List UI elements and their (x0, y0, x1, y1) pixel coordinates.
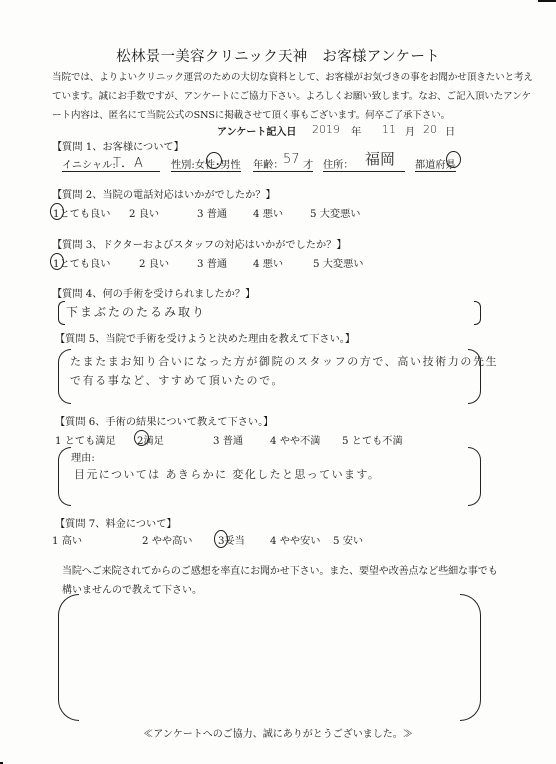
page-title: 松林景一美容クリニック天神 お客様アンケート (0, 45, 556, 66)
comments-answer-area[interactable] (80, 605, 460, 705)
q7-option-4[interactable]: 4 やや安い (270, 532, 320, 547)
q4-bracket-right (474, 301, 481, 325)
date-label: アンケート記入日 (217, 123, 296, 138)
q2-option-2[interactable]: 2 良い (129, 205, 159, 220)
q4-bracket-left (58, 301, 65, 325)
q7-selected-circle (214, 530, 228, 548)
date-day-unit: 日 (445, 123, 455, 138)
scan-mark-top-right (538, 0, 556, 2)
q6-option-4[interactable]: 4 やや不満 (270, 432, 320, 447)
age-unit: 才 (303, 156, 313, 171)
q6-bracket-right (468, 447, 481, 506)
q6-selected-circle (134, 430, 149, 446)
q5-answer-line-1[interactable]: たまたまお知り合いになった方が御院のスタッフの方で、高い技術力の先生 (70, 353, 498, 369)
q4-answer[interactable]: 下まぶたのたるみ取り (66, 303, 206, 320)
date-year-value[interactable]: 2019 (312, 123, 340, 136)
initials-label: イニシャル: (62, 156, 160, 172)
q2-option-4[interactable]: 4 悪い (253, 205, 283, 220)
q7-option-2[interactable]: 2 やや高い (142, 532, 192, 547)
question-3-heading: 【質問 3、ドクターおよびスタッフの対応はいかがでしたか？】 (52, 236, 347, 251)
question-7-heading: 【質問 7、料金について】 (55, 515, 177, 530)
date-day-value[interactable]: 20 (423, 123, 437, 136)
q6-option-5[interactable]: 5 とても不満 (342, 432, 403, 447)
q3-selected-circle (50, 253, 64, 270)
q5-answer-line-2[interactable]: で有る事など、すすめて頂いたので。 (70, 372, 284, 388)
comments-prompt-line-2: 構いませんので教えて下さい。 (62, 581, 202, 596)
q3-option-5[interactable]: 5 大変悪い (313, 255, 363, 270)
date-year-unit: 年 (351, 123, 361, 138)
q2-selected-circle (50, 203, 64, 220)
age-value[interactable]: 57 (283, 152, 300, 167)
comments-bracket-right (460, 594, 481, 721)
date-month-value[interactable]: 11 (382, 123, 396, 136)
intro-line-3: ート内容は、匿名にて当院公式のSNSに掲載させて頂く事もございます。何卒ご了承下… (52, 107, 450, 121)
date-month-unit: 月 (405, 123, 415, 138)
footer-thanks: ≪アンケートへのご協力、誠にありがとうございました。≫ (0, 725, 556, 740)
q6-bracket-left (58, 447, 71, 506)
q3-option-3[interactable]: 3 普通 (197, 255, 227, 270)
question-5-heading: 【質問 5、当院で手術を受けようと決めた理由を教えて下さい。】 (55, 330, 355, 345)
q3-option-4[interactable]: 4 悪い (253, 255, 283, 270)
intro-line-1: 当院では、よりよいクリニック運営のための大切な資料として、お客様がお気づきの事を… (52, 69, 533, 83)
prefecture-selected-circle[interactable] (446, 151, 461, 168)
gender-male-selected-circle[interactable] (206, 152, 222, 169)
survey-page: 松林景一美容クリニック天神 お客様アンケート 当院では、よりよいクリニック運営の… (0, 0, 556, 764)
intro-line-2: ています。誠にお手数ですが、アンケートにご協力下さい。よろしくお願い致します。な… (52, 88, 531, 102)
comments-prompt-line-1: 当院へご来院されてからのご感想を率直にお聞かせ下さい。また、要望や改善点など些細… (62, 562, 498, 577)
comments-bracket-left (58, 594, 79, 721)
question-6-heading: 【質問 6、手術の結果について教えて下さい。】 (55, 413, 273, 428)
q6-option-3[interactable]: 3 普通 (213, 432, 243, 447)
address-value[interactable]: 福岡 (365, 148, 395, 169)
q6-reason-label: 理由: (71, 449, 95, 464)
question-1-heading: 【質問 1、お客様について】 (52, 138, 184, 153)
q2-option-5[interactable]: 5 大変悪い (310, 205, 360, 220)
q2-option-3[interactable]: 3 普通 (197, 205, 227, 220)
q7-option-1[interactable]: 1 高い (52, 532, 82, 547)
question-4-heading: 【質問 4、何の手術を受けられましたか？】 (52, 285, 255, 300)
q6-option-1[interactable]: 1 とても満足 (55, 432, 116, 447)
q6-reason-answer[interactable]: 目元については あきらかに 変化したと思っています。 (74, 466, 380, 482)
q7-option-5[interactable]: 5 安い (333, 532, 363, 547)
q3-option-2[interactable]: 2 良い (139, 255, 169, 270)
question-2-heading: 【質問 2、当院の電話対応はいかがでしたか？】 (52, 186, 276, 201)
initials-value[interactable]: T．A (113, 152, 143, 171)
